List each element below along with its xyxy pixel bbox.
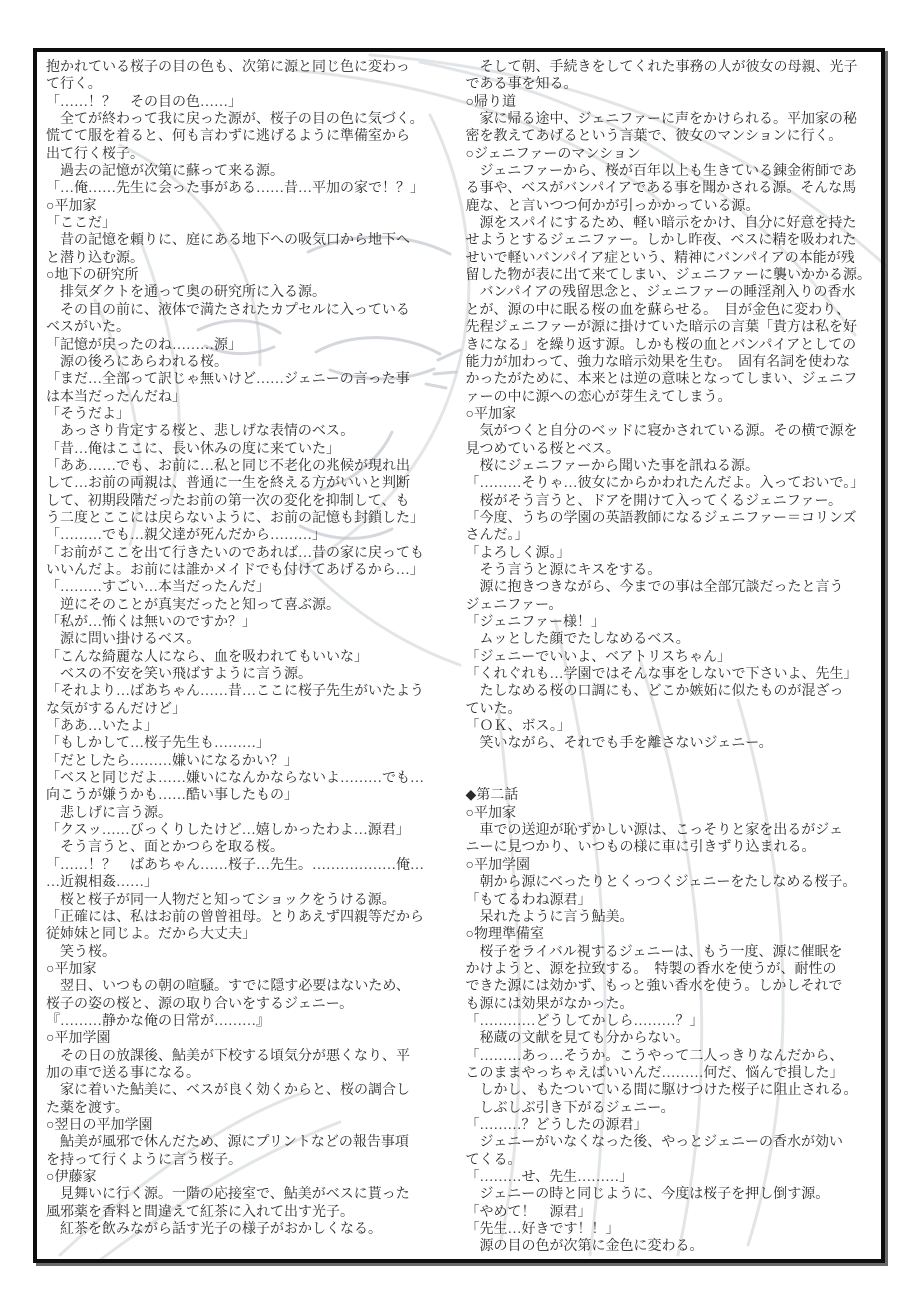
text-line: 加の車で送る事になる。 xyxy=(46,1065,458,1082)
text-line: きになる」を繰り返す源。しかも桜の血とバンパイアとしての xyxy=(466,337,878,354)
text-line: 「クスッ……びっくりしたけど…嬉しかったわよ…源君」 xyxy=(46,822,458,839)
text-line: ○平加家 xyxy=(46,198,458,215)
text-line: である事を知る。 xyxy=(466,76,878,93)
text-line: 「こんな綺麗な人になら、血を吸われてもいいな」 xyxy=(46,649,458,666)
text-line: 「………？どうしたの源君」 xyxy=(466,1117,878,1134)
text-line: も源には効果がなかった。 xyxy=(466,996,878,1013)
text-line: 向こうが嫌うかも……酷い事したもの」 xyxy=(46,787,458,804)
text-line: た薬を渡す。 xyxy=(46,1100,458,1117)
text-line: 『………静かな俺の日常が………』 xyxy=(46,1013,458,1030)
text-line: 呆れたように言う鮎美。 xyxy=(466,909,878,926)
left-text-column: 抱かれている桜子の目の色も、次第に源と同じ色に変わって行く。「……！？ その目の… xyxy=(46,59,458,1259)
text-line: 「……！？ その目の色……」 xyxy=(46,94,458,111)
text-line: 桜にジェニファーから聞いた事を訊ねる源。 xyxy=(466,458,878,475)
text-line: ◆第二話 xyxy=(466,787,878,804)
text-line: 気がつくと自分のベッドに寝かされている源。その横で源を xyxy=(466,423,878,440)
text-line: 「……！？ ばあちゃん……桜子…先生。………………俺… xyxy=(46,857,458,874)
text-line: 桜子をライバル視するジェニーは、もう一度、源に催眠を xyxy=(466,944,878,961)
text-line: ニーに見つかり、いつもの様に車に引きずり込まれる。 xyxy=(466,839,878,856)
text-line: 「今度、うちの学園の英語教師になるジェニファー＝コリンズ xyxy=(466,510,878,527)
text-line: 「私が…怖くは無いのですか？」 xyxy=(46,614,458,631)
text-line: 悲しげに言う源。 xyxy=(46,805,458,822)
text-line: 笑いながら、それでも手を離さないジェニー。 xyxy=(466,735,878,752)
text-line: 「記憶が戻ったのね………源」 xyxy=(46,337,458,354)
text-line: しかし、もたついている間に駆けつけた桜子に阻止される。 xyxy=(466,1082,878,1099)
text-line: 車での送迎が恥ずかしい源は、こっそりと家を出るがジェ xyxy=(466,822,878,839)
text-line: 翌日、いつもの朝の喧騒。すでに隠す必要はないため、 xyxy=(46,978,458,995)
text-line: このままやっちゃえばいいんだ………何だ、悩んで損した」 xyxy=(466,1065,878,1082)
text-line: 密を教えてあげるという言葉で、彼女のマンションに行く。 xyxy=(466,128,878,145)
text-line: ○翌日の平加学園 xyxy=(46,1117,458,1134)
text-line: 「ＯＫ、ボス。」 xyxy=(466,718,878,735)
text-line: 家に着いた鮎美に、ベスが良く効くからと、桜の調合し xyxy=(46,1082,458,1099)
text-line: 「もてるわね源君」 xyxy=(466,892,878,909)
text-line: そう言うと源にキスをする。 xyxy=(466,562,878,579)
text-line: 「やめて！ 源君」 xyxy=(466,1204,878,1221)
text-line: 「ジェニファー様！」 xyxy=(466,614,878,631)
text-line: ○ジェニファーのマンション xyxy=(466,146,878,163)
text-line: 「………せ、先生………」 xyxy=(466,1169,878,1186)
text-line: かけようと、源を拉致する。 特製の香水を使うが、耐性の xyxy=(466,961,878,978)
text-line: 「ベスと同じだよ……嫌いになんかならないよ………でも… xyxy=(46,770,458,787)
text-frame: 抱かれている桜子の目の色も、次第に源と同じ色に変わって行く。「……！？ その目の… xyxy=(33,48,885,1263)
text-line: ○平加家 xyxy=(46,961,458,978)
text-line: 「…俺……先生に会った事がある……昔…平加の家で！？」 xyxy=(46,180,458,197)
text-line: そして朝、手続きをしてくれた事務の人が彼女の母親、光子 xyxy=(466,59,878,76)
text-line: 過去の記憶が次第に蘇って来る源。 xyxy=(46,163,458,180)
text-line: 能力が加わって、強力な暗示効果を生む。 固有名詞を使わな xyxy=(466,354,878,371)
text-line: ベスがいた。 xyxy=(46,319,458,336)
text-line: 「それより…ばあちゃん……昔…ここに桜子先生がいたよう xyxy=(46,683,458,700)
text-line: 従姉妹と同じよ。だから大丈夫」 xyxy=(46,926,458,943)
text-line: 全てが終わって我に戻った源が、桜子の目の色に気づく。 xyxy=(46,111,458,128)
text-line: かったがために、本来とは逆の意味となってしまい、ジェニフ xyxy=(466,371,878,388)
text-line: 「よろしく源。」 xyxy=(466,545,878,562)
text-line: その日の放課後、鮎美が下校する頃気分が悪くなり、平 xyxy=(46,1048,458,1065)
text-line: 「そうだよ」 xyxy=(46,406,458,423)
text-line: ○物理準備室 xyxy=(466,926,878,943)
text-line: いいんだよ。お前には誰かメイドでも付けてあげるから…」 xyxy=(46,562,458,579)
text-line: と潜り込む源。 xyxy=(46,250,458,267)
text-line: せようとするジェニファー。しかし昨夜、ベスに精を吸われた xyxy=(466,232,878,249)
text-line: 鮎美が風邪で休んだため、源にプリントなどの報告事項 xyxy=(46,1134,458,1151)
text-line: 見舞いに行く源。一階の応接室で、鮎美がベスに貰った xyxy=(46,1186,458,1203)
right-text-column: そして朝、手続きをしてくれた事務の人が彼女の母親、光子である事を知る。○帰り道 … xyxy=(466,59,878,1259)
text-line: ○帰り道 xyxy=(466,94,878,111)
text-line: 「………あっ…そうか。こうやって二人っきりなんだから、 xyxy=(466,1048,878,1065)
text-line: 留した物が表に出て来てしまい、ジェニファーに襲いかかる源。 xyxy=(466,267,878,284)
text-line: 「ジェニーでいいよ、ベアトリスちゃん」 xyxy=(466,649,878,666)
text-line: 「お前がここを出て行きたいのであれば…昔の家に戻っても xyxy=(46,545,458,562)
text-line: 秘蔵の文献を見ても分からない。 xyxy=(466,1030,878,1047)
text-line: たしなめる桜の口調にも、どこか嫉妬に似たものが混ざっ xyxy=(466,683,878,700)
text-line: バンパイアの残留思念と、ジェニファーの睡淫剤入りの香水 xyxy=(466,284,878,301)
text-line: 抱かれている桜子の目の色も、次第に源と同じ色に変わっ xyxy=(46,59,458,76)
text-line: ァーの中に源への恋心が芽生えてしまう。 xyxy=(466,389,878,406)
text-line: 桜がそう言うと、ドアを開けて入ってくるジェニファー。 xyxy=(466,493,878,510)
text-line: 桜子の姿の桜と、源の取り合いをするジェニー。 xyxy=(46,996,458,1013)
text-line: 「正確には、私はお前の曾曾祖母。とりあえず四親等だから xyxy=(46,909,458,926)
text-line: ジェニファーから、桜が百年以上も生きている錬金術師であ xyxy=(466,163,878,180)
text-line: 源の目の色が次第に金色に変わる。 xyxy=(466,1238,878,1255)
text-line: な気がするんだけど」 xyxy=(46,701,458,718)
text-line: 「………でも…親父達が死んだから………」 xyxy=(46,527,458,544)
text-line: ていた。 xyxy=(466,701,878,718)
text-line: 「だとしたら………嫌いになるかい？」 xyxy=(46,753,458,770)
text-line: 紅茶を飲みながら話す光子の様子がおかしくなる。 xyxy=(46,1221,458,1238)
text-line: ジェニーの時と同じように、今度は桜子を押し倒す源。 xyxy=(466,1186,878,1203)
text-line: 「…………どうしてかしら………？」 xyxy=(466,1013,878,1030)
text-line: て行く。 xyxy=(46,76,458,93)
text-line: 桜と桜子が同一人物だと知ってショックをうける源。 xyxy=(46,892,458,909)
text-line: ジェニーがいなくなった後、やっとジェニーの香水が効い xyxy=(466,1134,878,1151)
text-line: ○平加家 xyxy=(466,805,878,822)
text-line: てくる。 xyxy=(466,1152,878,1169)
text-line: ○伊藤家 xyxy=(46,1169,458,1186)
text-line: して、初期段階だったお前の第一次の変化を抑制して、も xyxy=(46,493,458,510)
text-line: 「ここだ」 xyxy=(46,215,458,232)
text-line: 先程ジェニファーが源に掛けていた暗示の言葉「貴方は私を好 xyxy=(466,319,878,336)
text-line: る事や、ベスがバンパイアである事を聞かされる源。そんな馬 xyxy=(466,180,878,197)
text-line: ○平加学園 xyxy=(46,1030,458,1047)
text-line: 排気ダクトを通って奥の研究所に入る源。 xyxy=(46,284,458,301)
text-line: さんだ。」 xyxy=(466,527,878,544)
text-line: その目の前に、液体で満たされたカプセルに入っている xyxy=(46,302,458,319)
text-line: ジェニファー。 xyxy=(466,597,878,614)
text-line: 笑う桜。 xyxy=(46,944,458,961)
text-line: ベスの不安を笑い飛ばすように言う源。 xyxy=(46,666,458,683)
text-line: う二度とここには戻らないように、お前の記憶も封鎖した」 xyxy=(46,510,458,527)
text-line: は本当だったんだね」 xyxy=(46,389,458,406)
text-line: 朝から源にべったりとくっつくジェニーをたしなめる桜子。 xyxy=(466,874,878,891)
text-line: 源をスパイにするため、軽い暗示をかけ、自分に好意を持た xyxy=(466,215,878,232)
text-line: を持って行くように言う桜子。 xyxy=(46,1152,458,1169)
text-line: ムッとした顔でたしなめるベス。 xyxy=(466,631,878,648)
text-line: 「ああ……でも、お前に…私と同じ不老化の兆候が現れ出 xyxy=(46,458,458,475)
text-line: 「………そりゃ…彼女にからかわれたんだよ。入っておいで。」 xyxy=(466,475,878,492)
text-line: あっさり肯定する桜と、悲しげな表情のベス。 xyxy=(46,423,458,440)
text-line: 源に抱きつきながら、今までの事は全部冗談だったと言う xyxy=(466,579,878,596)
text-line: ○平加学園 xyxy=(466,857,878,874)
text-line: して…お前の両親は、普通に一生を終える方がいいと判断 xyxy=(46,475,458,492)
text-line: できた源には効かず、もっと強い香水を使う。しかしそれで xyxy=(466,978,878,995)
text-line: 鹿な、と言いつつ何かが引っかかっている源。 xyxy=(466,198,878,215)
text-line: 家に帰る途中、ジェニファーに声をかけられる。平加家の秘 xyxy=(466,111,878,128)
text-line: 風邪薬を香料と間違えて紅茶に入れて出す光子。 xyxy=(46,1204,458,1221)
text-line: ○地下の研究所 xyxy=(46,267,458,284)
text-line: 「くれぐれも…学園ではそんな事をしないで下さいよ、先生」 xyxy=(466,666,878,683)
text-line: 「先生…好きです！！」 xyxy=(466,1221,878,1238)
text-line: 「………すごい…本当だったんだ」 xyxy=(46,579,458,596)
text-line xyxy=(466,770,878,787)
text-line: 源に問い掛けるベス。 xyxy=(46,631,458,648)
text-line: 昔の記憶を頼りに、庭にある地下への吸気口から地下へ xyxy=(46,232,458,249)
text-line: 逆にそのことが真実だったと知って喜ぶ源。 xyxy=(46,597,458,614)
text-line: しぶしぶ引き下がるジェニー。 xyxy=(466,1100,878,1117)
text-line: 「昔…俺はここに、長い休みの度に来ていた」 xyxy=(46,441,458,458)
text-line: 「もしかして…桜子先生も………」 xyxy=(46,735,458,752)
text-line xyxy=(466,753,878,770)
text-line: 「ああ…いたよ」 xyxy=(46,718,458,735)
text-line: …近親相姦……」 xyxy=(46,874,458,891)
text-line: とが、源の中に眠る桜の血を蘇らせる。 目が金色に変わり、 xyxy=(466,302,878,319)
text-line: 出て行く桜子。 xyxy=(46,146,458,163)
text-line: 源の後ろにあらわれる桜。 xyxy=(46,354,458,371)
text-line: 慌てて服を着ると、何も言わずに逃げるように準備室から xyxy=(46,128,458,145)
text-line: 見つめている桜とベス。 xyxy=(466,441,878,458)
text-line: そう言うと、面とかつらを取る桜。 xyxy=(46,839,458,856)
text-line: せいで軽いバンパイア症という、精神にバンパイアの本能が残 xyxy=(466,250,878,267)
text-line: 「まだ…全部って訳じゃ無いけど……ジェニーの言った事 xyxy=(46,371,458,388)
text-line: ○平加家 xyxy=(466,406,878,423)
